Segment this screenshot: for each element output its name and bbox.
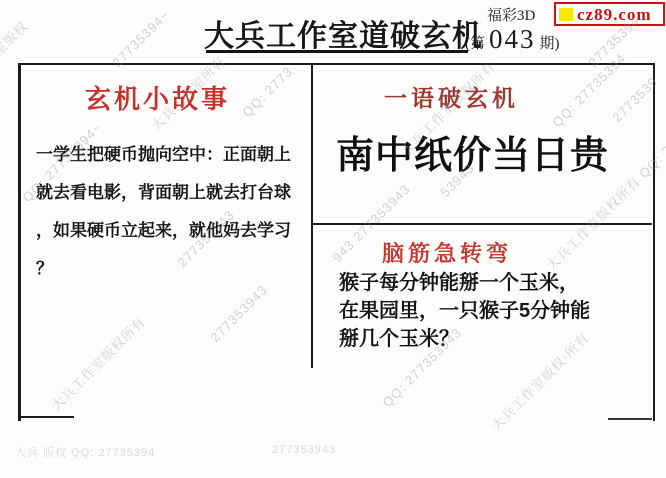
issue-number: 043: [489, 24, 536, 55]
brainteaser-panel-title: 脑筋急转弯: [382, 237, 512, 268]
panel-divider-vertical: [311, 63, 313, 368]
page-title: 大兵工作室道破玄机: [204, 11, 470, 55]
riddle-panel-title: 一语破玄机: [384, 80, 519, 113]
watermark-text: 大兵 版权 QQ: 27735394: [15, 444, 155, 460]
watermark-text: 277353943: [272, 444, 336, 456]
lottery-tip-sheet: 工作室版权QQ: 27735394~27735394~大兵工作室所有277353…: [0, 0, 666, 478]
brainteaser-panel-body: 猴子每分钟能掰一个玉米， 在果园里，一只猴子5分钟能 掰几个玉米？: [339, 269, 629, 353]
game-name-label: 福彩3D: [487, 4, 535, 25]
story-panel-title: 玄机小故事: [85, 79, 230, 116]
title-underline: [206, 50, 468, 53]
yellow-square-icon: [559, 8, 573, 21]
issue-suffix: 期): [540, 32, 560, 53]
site-banner[interactable]: cz89.com: [554, 2, 665, 26]
frame-bottom-right-stub: [608, 418, 652, 420]
issue-prefix: (第: [465, 32, 485, 53]
panel-divider-horizontal: [311, 223, 652, 225]
issue-number-line: (第 043 期): [465, 24, 560, 55]
watermark-text: 27735394~: [109, 7, 172, 70]
site-url: cz89.com: [577, 6, 652, 23]
riddle-phrase: 南中纸价当日贵: [336, 124, 618, 179]
story-panel-body: 一学生把硬币抛向空中：正面朝上 就去看电影，背面朝上就去打台球 ，如果硬币立起来…: [36, 136, 298, 288]
frame-bottom-left-stub: [18, 416, 74, 418]
